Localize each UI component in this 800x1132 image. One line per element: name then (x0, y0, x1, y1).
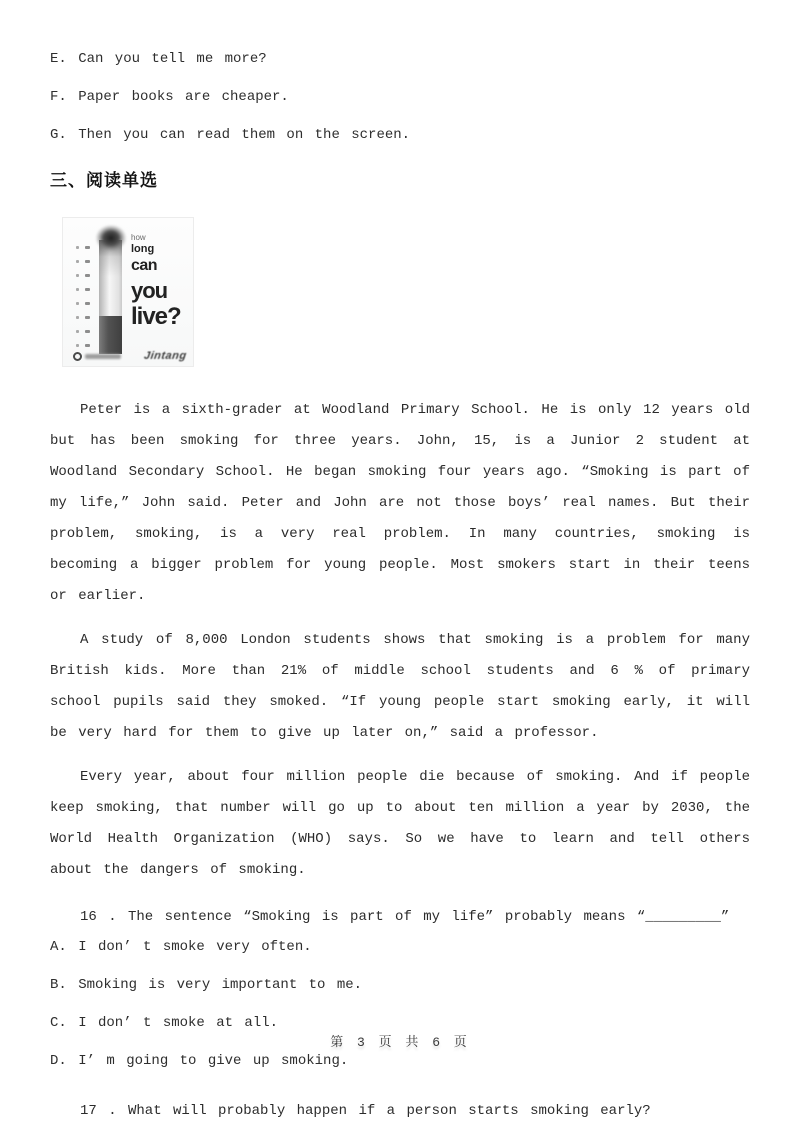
anti-smoking-ad-image: how long can you live? Jintang (62, 217, 194, 367)
circle-logo-icon (73, 352, 82, 361)
matching-option-f: F. Paper books are cheaper. (50, 90, 750, 105)
publisher-logo-icon (73, 352, 121, 361)
ad-headline-line: you (131, 280, 181, 302)
logo-text-smudge (85, 354, 121, 359)
question-17: 17 . What will probably happen if a pers… (50, 1096, 750, 1127)
passage-paragraph-1: Peter is a sixth-grader at Woodland Prim… (50, 395, 750, 612)
ad-footer: Jintang (73, 350, 187, 362)
passage-paragraph-3: Every year, about four million people di… (50, 762, 750, 886)
ruler-tick-marks-icon (76, 246, 90, 347)
question-16: 16 . The sentence “Smoking is part of my… (50, 902, 750, 933)
matching-options-list: E. Can you tell me more? F. Paper books … (50, 52, 750, 143)
ad-headline-line: live? (131, 305, 181, 329)
matching-option-g: G. Then you can read them on the screen. (50, 128, 750, 143)
choice-c: C. I don’ t smoke at all. (50, 1016, 750, 1031)
choice-d: D. I’ m going to give up smoking. (50, 1054, 750, 1069)
matching-option-e: E. Can you tell me more? (50, 52, 750, 67)
page-number-footer: 第 3 页 共 6 页 (0, 1031, 800, 1050)
ad-headline-line: how (131, 234, 181, 242)
choice-a: A. I don’ t smoke very often. (50, 940, 750, 955)
choice-b: B. Smoking is very important to me. (50, 978, 750, 993)
ad-headline: how long can you live? (131, 234, 181, 329)
cigarette-icon (99, 224, 122, 354)
ad-brand-logo: Jintang (144, 350, 188, 362)
cigarette-burning-tip (91, 221, 131, 255)
ad-headline-line: long (131, 244, 181, 255)
ad-headline-line: can (131, 258, 181, 274)
passage-paragraph-2: A study of 8,000 London students shows t… (50, 625, 750, 749)
cigarette-filter (99, 316, 122, 354)
exam-page: E. Can you tell me more? F. Paper books … (0, 0, 800, 1132)
section-title: 三、阅读单选 (50, 166, 750, 191)
